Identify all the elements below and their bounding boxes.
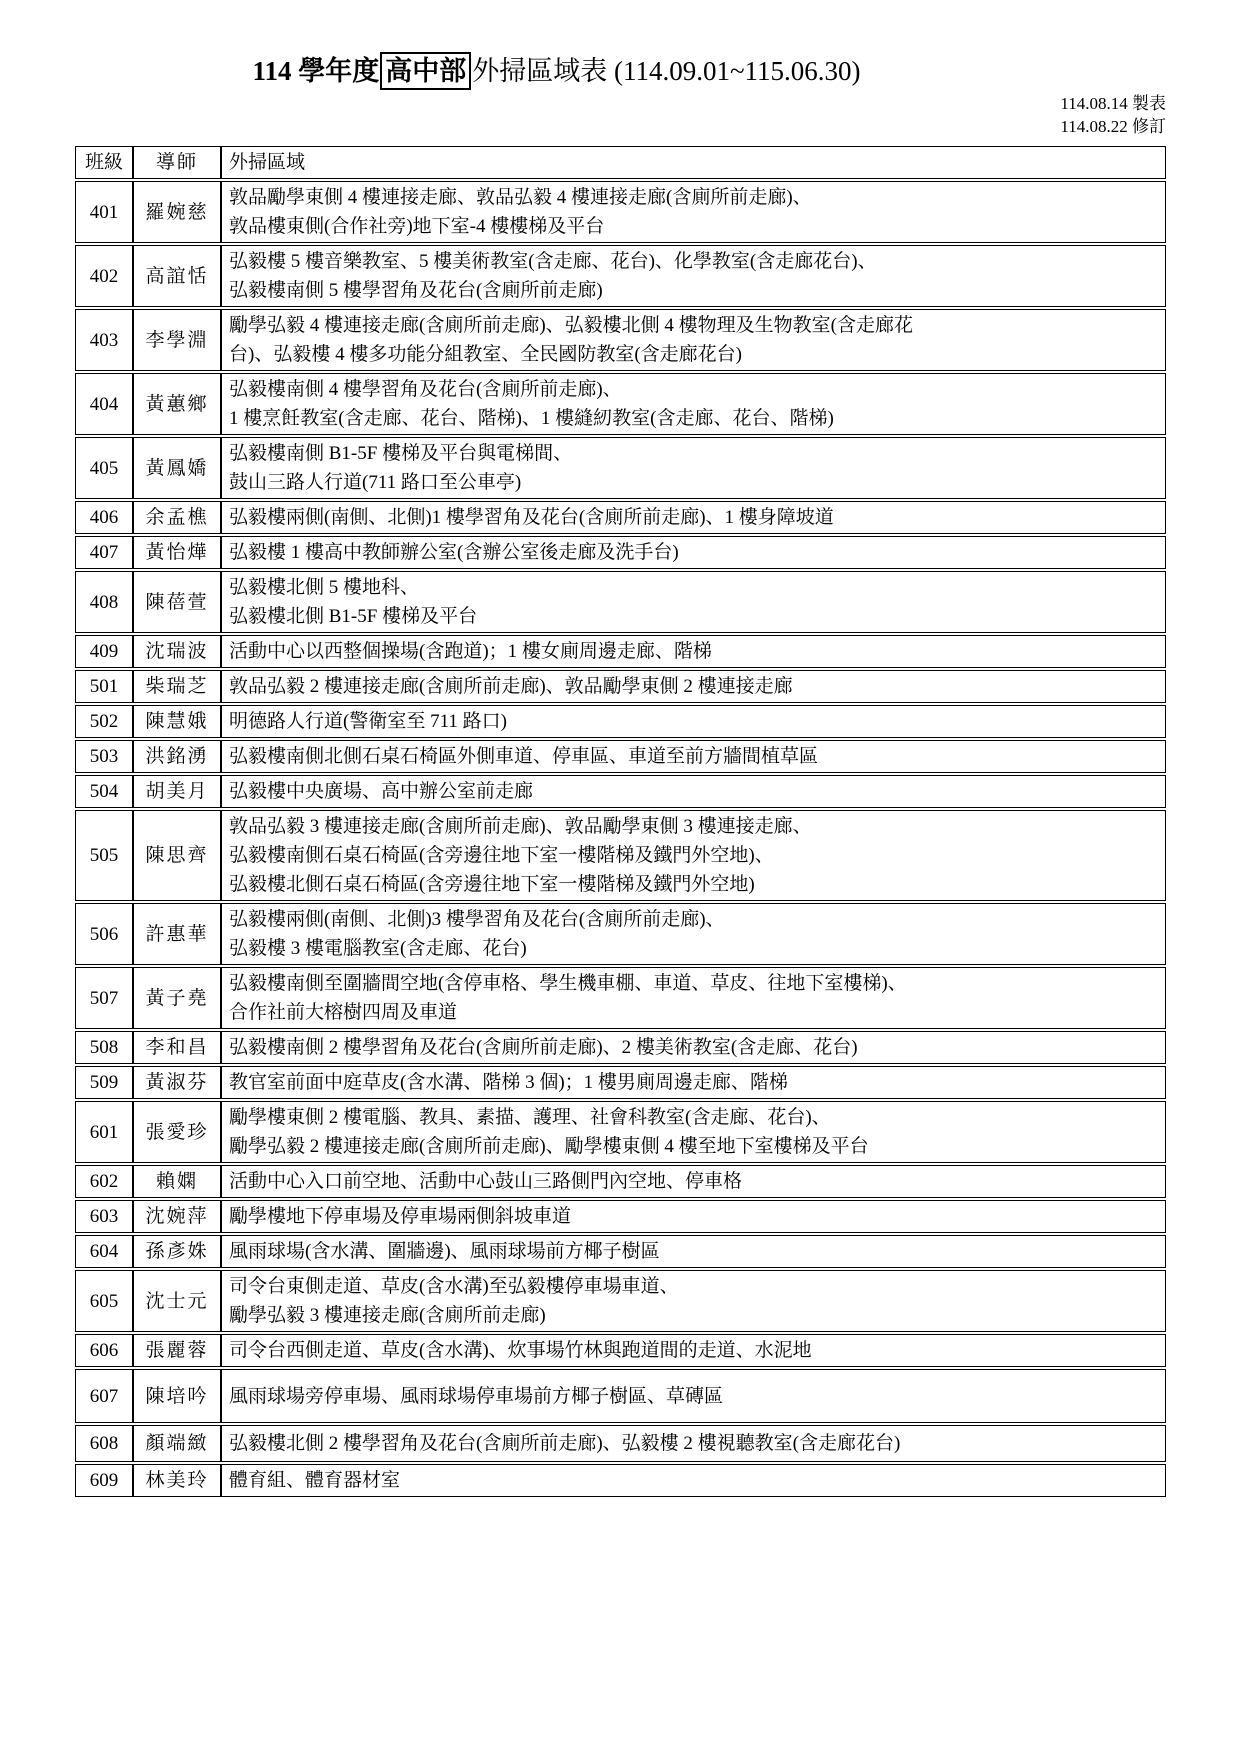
teacher-cell: 張愛珍: [133, 1101, 221, 1163]
teacher-cell: 黃子堯: [133, 967, 221, 1029]
class-cell: 503: [75, 740, 133, 773]
area-cell: 教官室前面中庭草皮(含水溝、階梯 3 個)；1 樓男廁周邊走廊、階梯: [221, 1066, 1166, 1099]
table-row: 601 張愛珍 勵學樓東側 2 樓電腦、教具、素描、護理、社會科教室(含走廊、花…: [75, 1101, 1166, 1163]
class-cell: 603: [75, 1200, 133, 1233]
table-row: 505 陳思齊 敦品弘毅 3 樓連接走廊(含廁所前走廊)、敦品勵學東側 3 樓連…: [75, 810, 1166, 901]
class-cell: 608: [75, 1425, 133, 1462]
header-cell-teacher: 導師: [133, 146, 221, 179]
class-cell: 502: [75, 705, 133, 738]
class-cell: 609: [75, 1464, 133, 1497]
teacher-cell: 沈瑞波: [133, 635, 221, 668]
area-cell: 敦品弘毅 3 樓連接走廊(含廁所前走廊)、敦品勵學東側 3 樓連接走廊、 弘毅樓…: [221, 810, 1166, 901]
area-cell: 弘毅樓中央廣場、高中辦公室前走廊: [221, 775, 1166, 808]
table-row: 406 余孟樵 弘毅樓兩側(南側、北側)1 樓學習角及花台(含廁所前走廊)、1 …: [75, 501, 1166, 534]
teacher-cell: 許惠華: [133, 903, 221, 965]
area-cell: 明德路人行道(警衛室至 711 路口): [221, 705, 1166, 738]
class-cell: 501: [75, 670, 133, 703]
teacher-cell: 孫彥姝: [133, 1235, 221, 1268]
teacher-cell: 賴嫻: [133, 1165, 221, 1198]
area-cell: 弘毅樓南側 4 樓學習角及花台(含廁所前走廊)、 1 樓烹飪教室(含走廊、花台、…: [221, 373, 1166, 435]
class-cell: 507: [75, 967, 133, 1029]
teacher-cell: 顏端緻: [133, 1425, 221, 1462]
class-cell: 408: [75, 571, 133, 633]
table-row: 606 張麗蓉 司令台西側走道、草皮(含水溝)、炊事場竹林與跑道間的走道、水泥地: [75, 1334, 1166, 1367]
page-title: 114 學年度高中部外掃區域表 (114.09.01~115.06.30): [11, 52, 1102, 90]
teacher-cell: 黃怡燁: [133, 536, 221, 569]
area-cell: 弘毅樓 1 樓高中教師辦公室(含辦公室後走廊及洗手台): [221, 536, 1166, 569]
table-row: 506 許惠華 弘毅樓兩側(南側、北側)3 樓學習角及花台(含廁所前走廊)、 弘…: [75, 903, 1166, 965]
area-cell: 司令台東側走道、草皮(含水溝)至弘毅樓停車場車道、 勵學弘毅 3 樓連接走廊(含…: [221, 1270, 1166, 1332]
class-cell: 607: [75, 1369, 133, 1423]
table-row: 503 洪銘湧 弘毅樓南側北側石桌石椅區外側車道、停車區、車道至前方牆間植草區: [75, 740, 1166, 773]
class-cell: 504: [75, 775, 133, 808]
table-header-row: 班級 導師 外掃區域: [75, 146, 1166, 179]
class-cell: 604: [75, 1235, 133, 1268]
header-cell-area: 外掃區域: [221, 146, 1166, 179]
area-cell: 勵學弘毅 4 樓連接走廊(含廁所前走廊)、弘毅樓北側 4 樓物理及生物教室(含走…: [221, 309, 1166, 371]
doc-meta: 114.08.14 製表 114.08.22 修訂: [75, 92, 1166, 138]
teacher-cell: 余孟樵: [133, 501, 221, 534]
teacher-cell: 陳蓓萱: [133, 571, 221, 633]
teacher-cell: 黃鳳嬌: [133, 437, 221, 499]
teacher-cell: 黃蕙鄉: [133, 373, 221, 435]
teacher-cell: 李和昌: [133, 1031, 221, 1064]
table-row: 605 沈士元 司令台東側走道、草皮(含水溝)至弘毅樓停車場車道、 勵學弘毅 3…: [75, 1270, 1166, 1332]
class-cell: 602: [75, 1165, 133, 1198]
teacher-cell: 柴瑞芝: [133, 670, 221, 703]
table-row: 502 陳慧娥 明德路人行道(警衛室至 711 路口): [75, 705, 1166, 738]
table-row: 409 沈瑞波 活動中心以西整個操場(含跑道)；1 樓女廁周邊走廊、階梯: [75, 635, 1166, 668]
area-cell: 弘毅樓兩側(南側、北側)1 樓學習角及花台(含廁所前走廊)、1 樓身障坡道: [221, 501, 1166, 534]
area-cell: 活動中心以西整個操場(含跑道)；1 樓女廁周邊走廊、階梯: [221, 635, 1166, 668]
area-cell: 弘毅樓北側 5 樓地科、 弘毅樓北側 B1-5F 樓梯及平台: [221, 571, 1166, 633]
class-cell: 403: [75, 309, 133, 371]
teacher-cell: 羅婉慈: [133, 181, 221, 243]
teacher-cell: 洪銘湧: [133, 740, 221, 773]
class-cell: 506: [75, 903, 133, 965]
table-row: 508 李和昌 弘毅樓南側 2 樓學習角及花台(含廁所前走廊)、2 樓美術教室(…: [75, 1031, 1166, 1064]
cleaning-area-table: 班級 導師 外掃區域 401 羅婉慈 敦品勵學東側 4 樓連接走廊、敦品弘毅 4…: [75, 144, 1166, 1499]
table-row: 405 黃鳳嬌 弘毅樓南側 B1-5F 樓梯及平台與電梯間、 鼓山三路人行道(7…: [75, 437, 1166, 499]
class-cell: 407: [75, 536, 133, 569]
area-cell: 弘毅樓南側 2 樓學習角及花台(含廁所前走廊)、2 樓美術教室(含走廊、花台): [221, 1031, 1166, 1064]
area-cell: 司令台西側走道、草皮(含水溝)、炊事場竹林與跑道間的走道、水泥地: [221, 1334, 1166, 1367]
teacher-cell: 黃淑芬: [133, 1066, 221, 1099]
class-cell: 405: [75, 437, 133, 499]
area-cell: 弘毅樓南側北側石桌石椅區外側車道、停車區、車道至前方牆間植草區: [221, 740, 1166, 773]
teacher-cell: 陳慧娥: [133, 705, 221, 738]
class-cell: 605: [75, 1270, 133, 1332]
table-row: 604 孫彥姝 風雨球場(含水溝、圍牆邊)、風雨球場前方椰子樹區: [75, 1235, 1166, 1268]
teacher-cell: 李學淵: [133, 309, 221, 371]
date-revised: 114.08.22 修訂: [75, 115, 1166, 138]
document-page: 114 學年度高中部外掃區域表 (114.09.01~115.06.30) 11…: [0, 0, 1241, 1755]
class-cell: 409: [75, 635, 133, 668]
table-row: 509 黃淑芬 教官室前面中庭草皮(含水溝、階梯 3 個)；1 樓男廁周邊走廊、…: [75, 1066, 1166, 1099]
table-row: 609 林美玲 體育組、體育器材室: [75, 1464, 1166, 1497]
teacher-cell: 林美玲: [133, 1464, 221, 1497]
title-suffix: 外掃區域表 (114.09.01~115.06.30): [472, 56, 860, 86]
table-body: 班級 導師 外掃區域 401 羅婉慈 敦品勵學東側 4 樓連接走廊、敦品弘毅 4…: [75, 146, 1166, 1497]
table-row: 404 黃蕙鄉 弘毅樓南側 4 樓學習角及花台(含廁所前走廊)、 1 樓烹飪教室…: [75, 373, 1166, 435]
header-cell-class: 班級: [75, 146, 133, 179]
date-created: 114.08.14 製表: [75, 92, 1166, 115]
class-cell: 402: [75, 245, 133, 307]
teacher-cell: 陳思齊: [133, 810, 221, 901]
title-prefix: 114 學年度: [252, 56, 379, 86]
area-cell: 弘毅樓南側 B1-5F 樓梯及平台與電梯間、 鼓山三路人行道(711 路口至公車…: [221, 437, 1166, 499]
area-cell: 活動中心入口前空地、活動中心鼓山三路側門內空地、停車格: [221, 1165, 1166, 1198]
table-row: 402 高誼恬 弘毅樓 5 樓音樂教室、5 樓美術教室(含走廊、花台)、化學教室…: [75, 245, 1166, 307]
area-cell: 勵學樓地下停車場及停車場兩側斜坡車道: [221, 1200, 1166, 1233]
table-row: 607 陳培吟 風雨球場旁停車場、風雨球場停車場前方椰子樹區、草磚區: [75, 1369, 1166, 1423]
area-cell: 弘毅樓北側 2 樓學習角及花台(含廁所前走廊)、弘毅樓 2 樓視聽教室(含走廊花…: [221, 1425, 1166, 1462]
area-cell: 風雨球場旁停車場、風雨球場停車場前方椰子樹區、草磚區: [221, 1369, 1166, 1423]
area-cell: 體育組、體育器材室: [221, 1464, 1166, 1497]
table-row: 603 沈婉萍 勵學樓地下停車場及停車場兩側斜坡車道: [75, 1200, 1166, 1233]
table-row: 501 柴瑞芝 敦品弘毅 2 樓連接走廊(含廁所前走廊)、敦品勵學東側 2 樓連…: [75, 670, 1166, 703]
class-cell: 509: [75, 1066, 133, 1099]
area-cell: 敦品弘毅 2 樓連接走廊(含廁所前走廊)、敦品勵學東側 2 樓連接走廊: [221, 670, 1166, 703]
teacher-cell: 胡美月: [133, 775, 221, 808]
title-department-box: 高中部: [380, 52, 471, 90]
class-cell: 601: [75, 1101, 133, 1163]
area-cell: 弘毅樓 5 樓音樂教室、5 樓美術教室(含走廊、花台)、化學教室(含走廊花台)、…: [221, 245, 1166, 307]
table-row: 403 李學淵 勵學弘毅 4 樓連接走廊(含廁所前走廊)、弘毅樓北側 4 樓物理…: [75, 309, 1166, 371]
area-cell: 弘毅樓南側至圍牆間空地(含停車格、學生機車棚、車道、草皮、往地下室樓梯)、 合作…: [221, 967, 1166, 1029]
class-cell: 505: [75, 810, 133, 901]
class-cell: 508: [75, 1031, 133, 1064]
table-row: 507 黃子堯 弘毅樓南側至圍牆間空地(含停車格、學生機車棚、車道、草皮、往地下…: [75, 967, 1166, 1029]
teacher-cell: 張麗蓉: [133, 1334, 221, 1367]
area-cell: 風雨球場(含水溝、圍牆邊)、風雨球場前方椰子樹區: [221, 1235, 1166, 1268]
table-row: 608 顏端緻 弘毅樓北側 2 樓學習角及花台(含廁所前走廊)、弘毅樓 2 樓視…: [75, 1425, 1166, 1462]
class-cell: 606: [75, 1334, 133, 1367]
teacher-cell: 沈士元: [133, 1270, 221, 1332]
area-cell: 敦品勵學東側 4 樓連接走廊、敦品弘毅 4 樓連接走廊(含廁所前走廊)、 敦品樓…: [221, 181, 1166, 243]
area-cell: 勵學樓東側 2 樓電腦、教具、素描、護理、社會科教室(含走廊、花台)、 勵學弘毅…: [221, 1101, 1166, 1163]
teacher-cell: 沈婉萍: [133, 1200, 221, 1233]
teacher-cell: 陳培吟: [133, 1369, 221, 1423]
table-row: 408 陳蓓萱 弘毅樓北側 5 樓地科、 弘毅樓北側 B1-5F 樓梯及平台: [75, 571, 1166, 633]
area-cell: 弘毅樓兩側(南側、北側)3 樓學習角及花台(含廁所前走廊)、 弘毅樓 3 樓電腦…: [221, 903, 1166, 965]
class-cell: 404: [75, 373, 133, 435]
class-cell: 401: [75, 181, 133, 243]
table-row: 504 胡美月 弘毅樓中央廣場、高中辦公室前走廊: [75, 775, 1166, 808]
table-row: 602 賴嫻 活動中心入口前空地、活動中心鼓山三路側門內空地、停車格: [75, 1165, 1166, 1198]
table-row: 401 羅婉慈 敦品勵學東側 4 樓連接走廊、敦品弘毅 4 樓連接走廊(含廁所前…: [75, 181, 1166, 243]
class-cell: 406: [75, 501, 133, 534]
teacher-cell: 高誼恬: [133, 245, 221, 307]
table-row: 407 黃怡燁 弘毅樓 1 樓高中教師辦公室(含辦公室後走廊及洗手台): [75, 536, 1166, 569]
